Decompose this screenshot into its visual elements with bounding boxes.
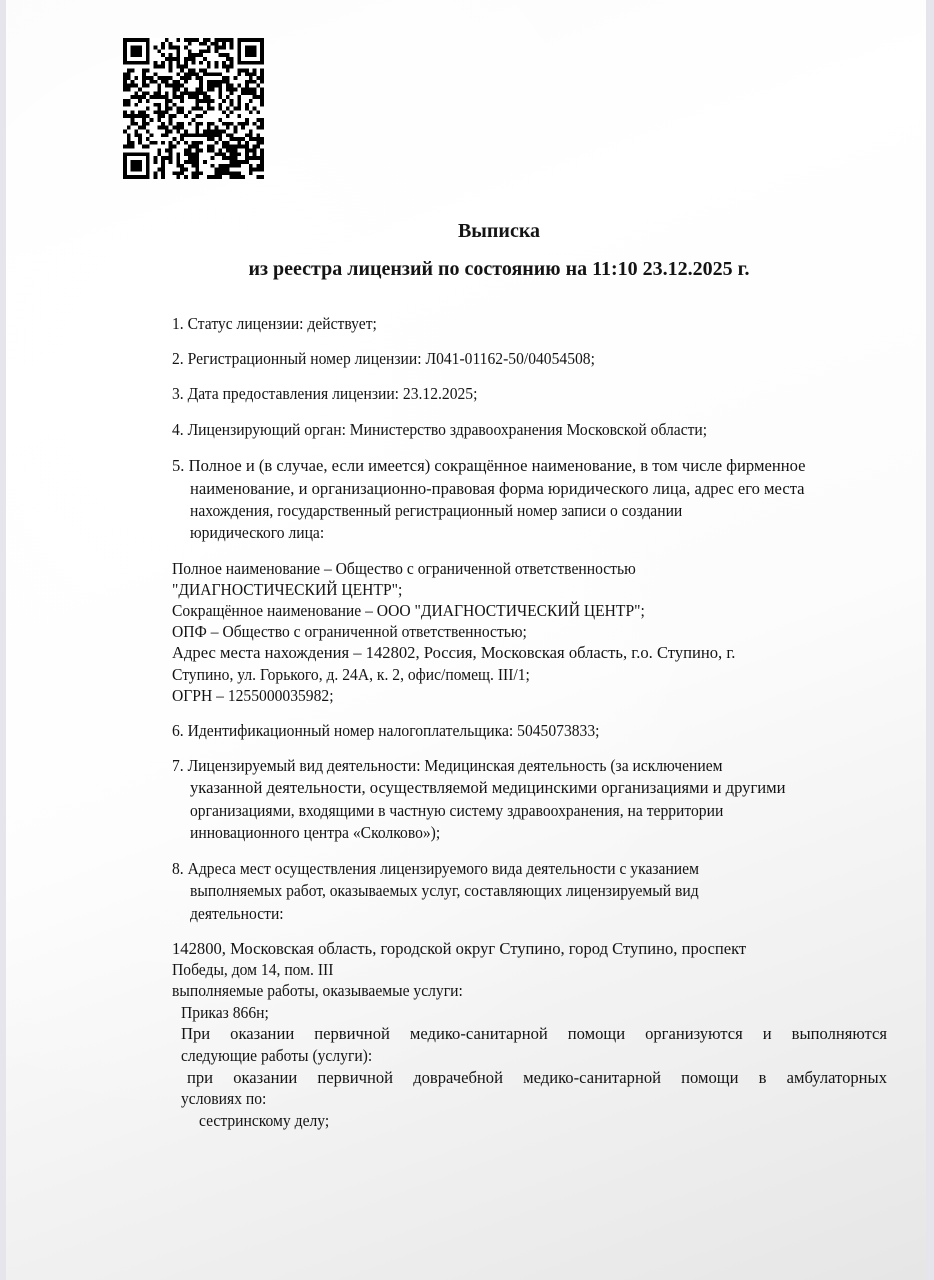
document-title: Выписка <box>6 220 926 243</box>
taxpayer-id: 6. Идентификационный номер налогоплатель… <box>172 719 599 742</box>
service-nursing: сестринскому делу; <box>199 1109 329 1132</box>
item8-line: деятельности: <box>190 902 284 925</box>
item5-line: юридического лица: <box>190 521 324 544</box>
activity-address: 142800, Московская область, городской ок… <box>172 937 746 960</box>
entity-full-name: Полное наименование – Общество с огранич… <box>172 557 636 580</box>
item7-line: инновационного центра «Сколково»); <box>190 821 440 844</box>
licensing-authority: 4. Лицензирующий орган: Министерство здр… <box>172 418 707 441</box>
entity-full-name-cont: "ДИАГНОСТИЧЕСКИЙ ЦЕНТР"; <box>172 578 402 601</box>
item8-line: выполняемых работ, оказываемых услуг, со… <box>190 879 699 902</box>
service-prevrach-care: при оказании первичной доврачебной медик… <box>187 1066 887 1089</box>
item7-line: 7. Лицензируемый вид деятельности: Медиц… <box>172 754 723 777</box>
entity-address: Адрес места нахождения – 142802, Россия,… <box>172 641 735 664</box>
service-order: Приказ 866н; <box>181 1001 269 1024</box>
activity-address-cont: Победы, дом 14, пом. III <box>172 958 333 981</box>
item7-line: указанной деятельности, осуществляемой м… <box>190 776 786 799</box>
item7-line: организациями, входящими в частную систе… <box>190 799 723 822</box>
entity-short-name: Сокращённое наименование – ООО "ДИАГНОСТ… <box>172 599 645 622</box>
service-primary-care: При оказании первичной медико-санитарной… <box>181 1022 887 1045</box>
entity-ogrn: ОГРН – 1255000035982; <box>172 684 334 707</box>
item5-line: наименование, и организационно-правовая … <box>190 477 805 500</box>
services-heading: выполняемые работы, оказываемые услуги: <box>172 979 463 1002</box>
service-primary-care-cont: следующие работы (услуги): <box>181 1044 372 1067</box>
entity-address-cont: Ступино, ул. Горького, д. 24А, к. 2, офи… <box>172 663 530 686</box>
license-reg-number: 2. Регистрационный номер лицензии: Л041-… <box>172 347 595 370</box>
item8-line: 8. Адреса мест осуществления лицензируем… <box>172 857 699 880</box>
service-prevrach-care-cont: условиях по: <box>181 1087 266 1110</box>
document-page: Выписка из реестра лицензий по состоянию… <box>6 0 926 1280</box>
qr-code-icon[interactable] <box>123 38 264 179</box>
item5-line: 5. Полное и (в случае, если имеется) сок… <box>172 454 805 477</box>
license-status: 1. Статус лицензии: действует; <box>172 312 377 335</box>
entity-legal-form: ОПФ – Общество с ограниченной ответствен… <box>172 620 527 643</box>
document-subtitle: из реестра лицензий по состоянию на 11:1… <box>6 258 926 281</box>
license-date: 3. Дата предоставления лицензии: 23.12.2… <box>172 382 477 405</box>
item5-line: нахождения, государственный регистрацион… <box>190 499 682 522</box>
